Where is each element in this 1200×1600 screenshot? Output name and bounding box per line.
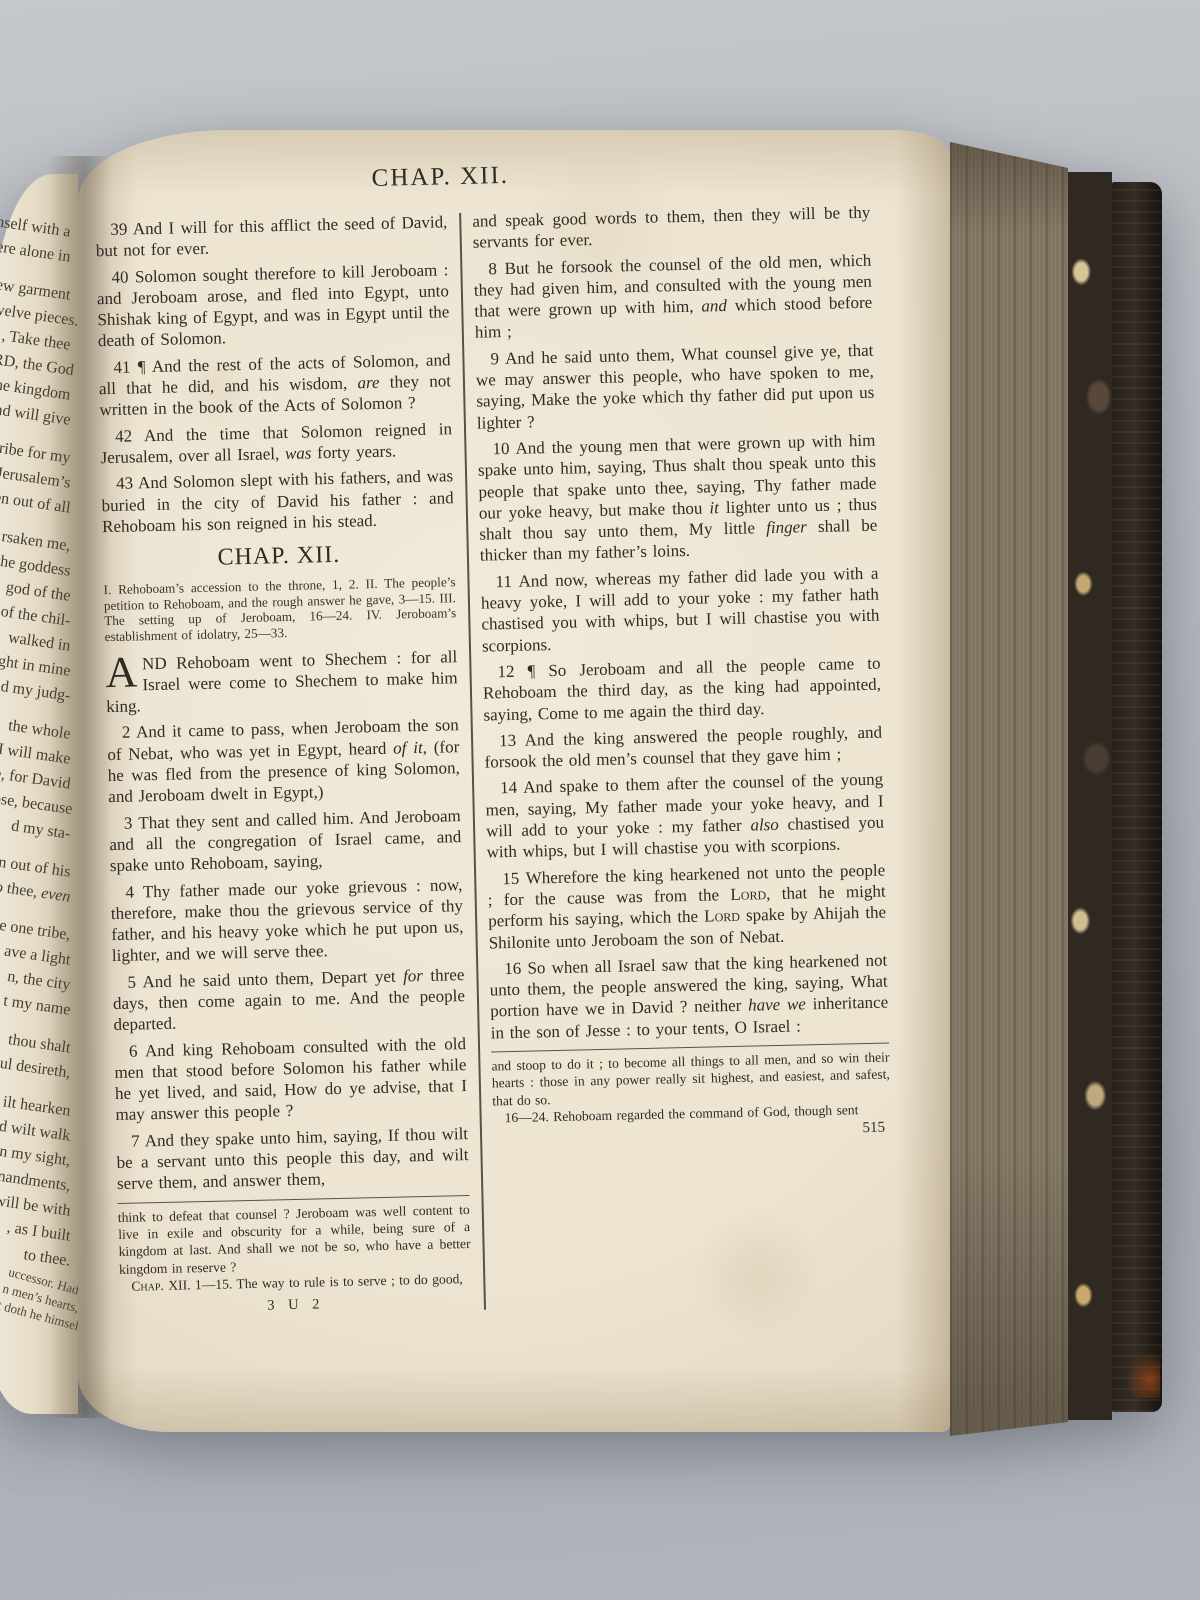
open-book: nself with aere alone inew garmentwelve … [0,116,1162,1438]
signature-mark: 3 U 2 [120,1293,472,1318]
verse-39: 39 And I will for this afflict the seed … [95,211,448,262]
verse-1: AND Rehoboam went to Shechem : for all I… [105,646,458,718]
verse-14: 14 And spake to them after the counsel o… [485,769,885,863]
chapter-summary: I. Rehoboam’s accession to the throne, 1… [103,574,456,644]
leather-cover-edge [1112,182,1162,1412]
verse-12: 12 ¶ So Jeroboam and all the people came… [482,653,881,726]
chapter-heading: CHAP. XII. [103,539,456,574]
left-page-footnote-fragments: uccessor. Hadn men’s hearts,t doth he hi… [0,1282,80,1336]
printed-text-block: CHAP. XII. 39 And I will for this afflic… [94,153,922,1318]
footnote-left-1: think to defeat that counsel ? Jeroboam … [118,1201,471,1279]
verse-2: 2 And it came to pass, when Jeroboam the… [107,715,461,808]
two-column-layout: 39 And I will for this afflict the seed … [95,201,922,1318]
verse-7-continued: and speak good words to them, then they … [472,202,871,254]
verse-41: 41 ¶ And the rest of the acts of Solomon… [98,349,451,421]
verse-3: 3 That they sent and called him. And Jer… [109,805,462,877]
verse-8: 8 But he forsook the counsel of the old … [473,249,873,343]
left-page-text-fragments: nself with aere alone inew garmentwelve … [0,220,72,1274]
right-column: and speak good words to them, then they … [472,202,897,1309]
running-head: CHAP. XII. [78,154,842,200]
fore-edge-page-stack [950,142,1068,1436]
left-column: 39 And I will for this afflict the seed … [95,211,472,1317]
verse-1-text: ND Rehoboam went to Shechem : for all Is… [106,647,458,717]
verse-43: 43 And Solomon slept with his fathers, a… [101,465,454,537]
verse-15: 15 Wherefore the king hearkened not unto… [487,859,887,953]
verse-16: 16 So when all Israel saw that the king … [489,949,889,1043]
drop-cap: A [105,654,138,691]
verse-40: 40 Solomon sought therefore to kill Jero… [96,259,450,352]
verse-4: 4 Thy father made our yoke grievous : no… [110,874,464,967]
footnote-right-1: and stoop to do it ; to become all thing… [491,1048,890,1109]
right-page: CHAP. XII. 39 And I will for this afflic… [78,130,950,1432]
verse-7: 7 And they spake unto him, saying, If th… [116,1123,469,1195]
verse-5: 5 And he said unto them, Depart yet for … [112,964,465,1036]
verse-9: 9 And he said unto them, What counsel gi… [475,339,875,433]
verse-13: 13 And the king answered the people roug… [484,721,883,773]
book-photo: nself with aere alone inew garmentwelve … [0,0,1200,1600]
verse-6: 6 And king Rehoboam consulted with the o… [114,1033,468,1126]
verse-42: 42 And the time that Solomon reigned in … [100,418,453,469]
marbled-endpaper-edge [1068,172,1112,1420]
verse-10: 10 And the young men that were grown up … [477,430,878,567]
verse-11: 11 And now, whereas my father did lade y… [480,562,880,656]
